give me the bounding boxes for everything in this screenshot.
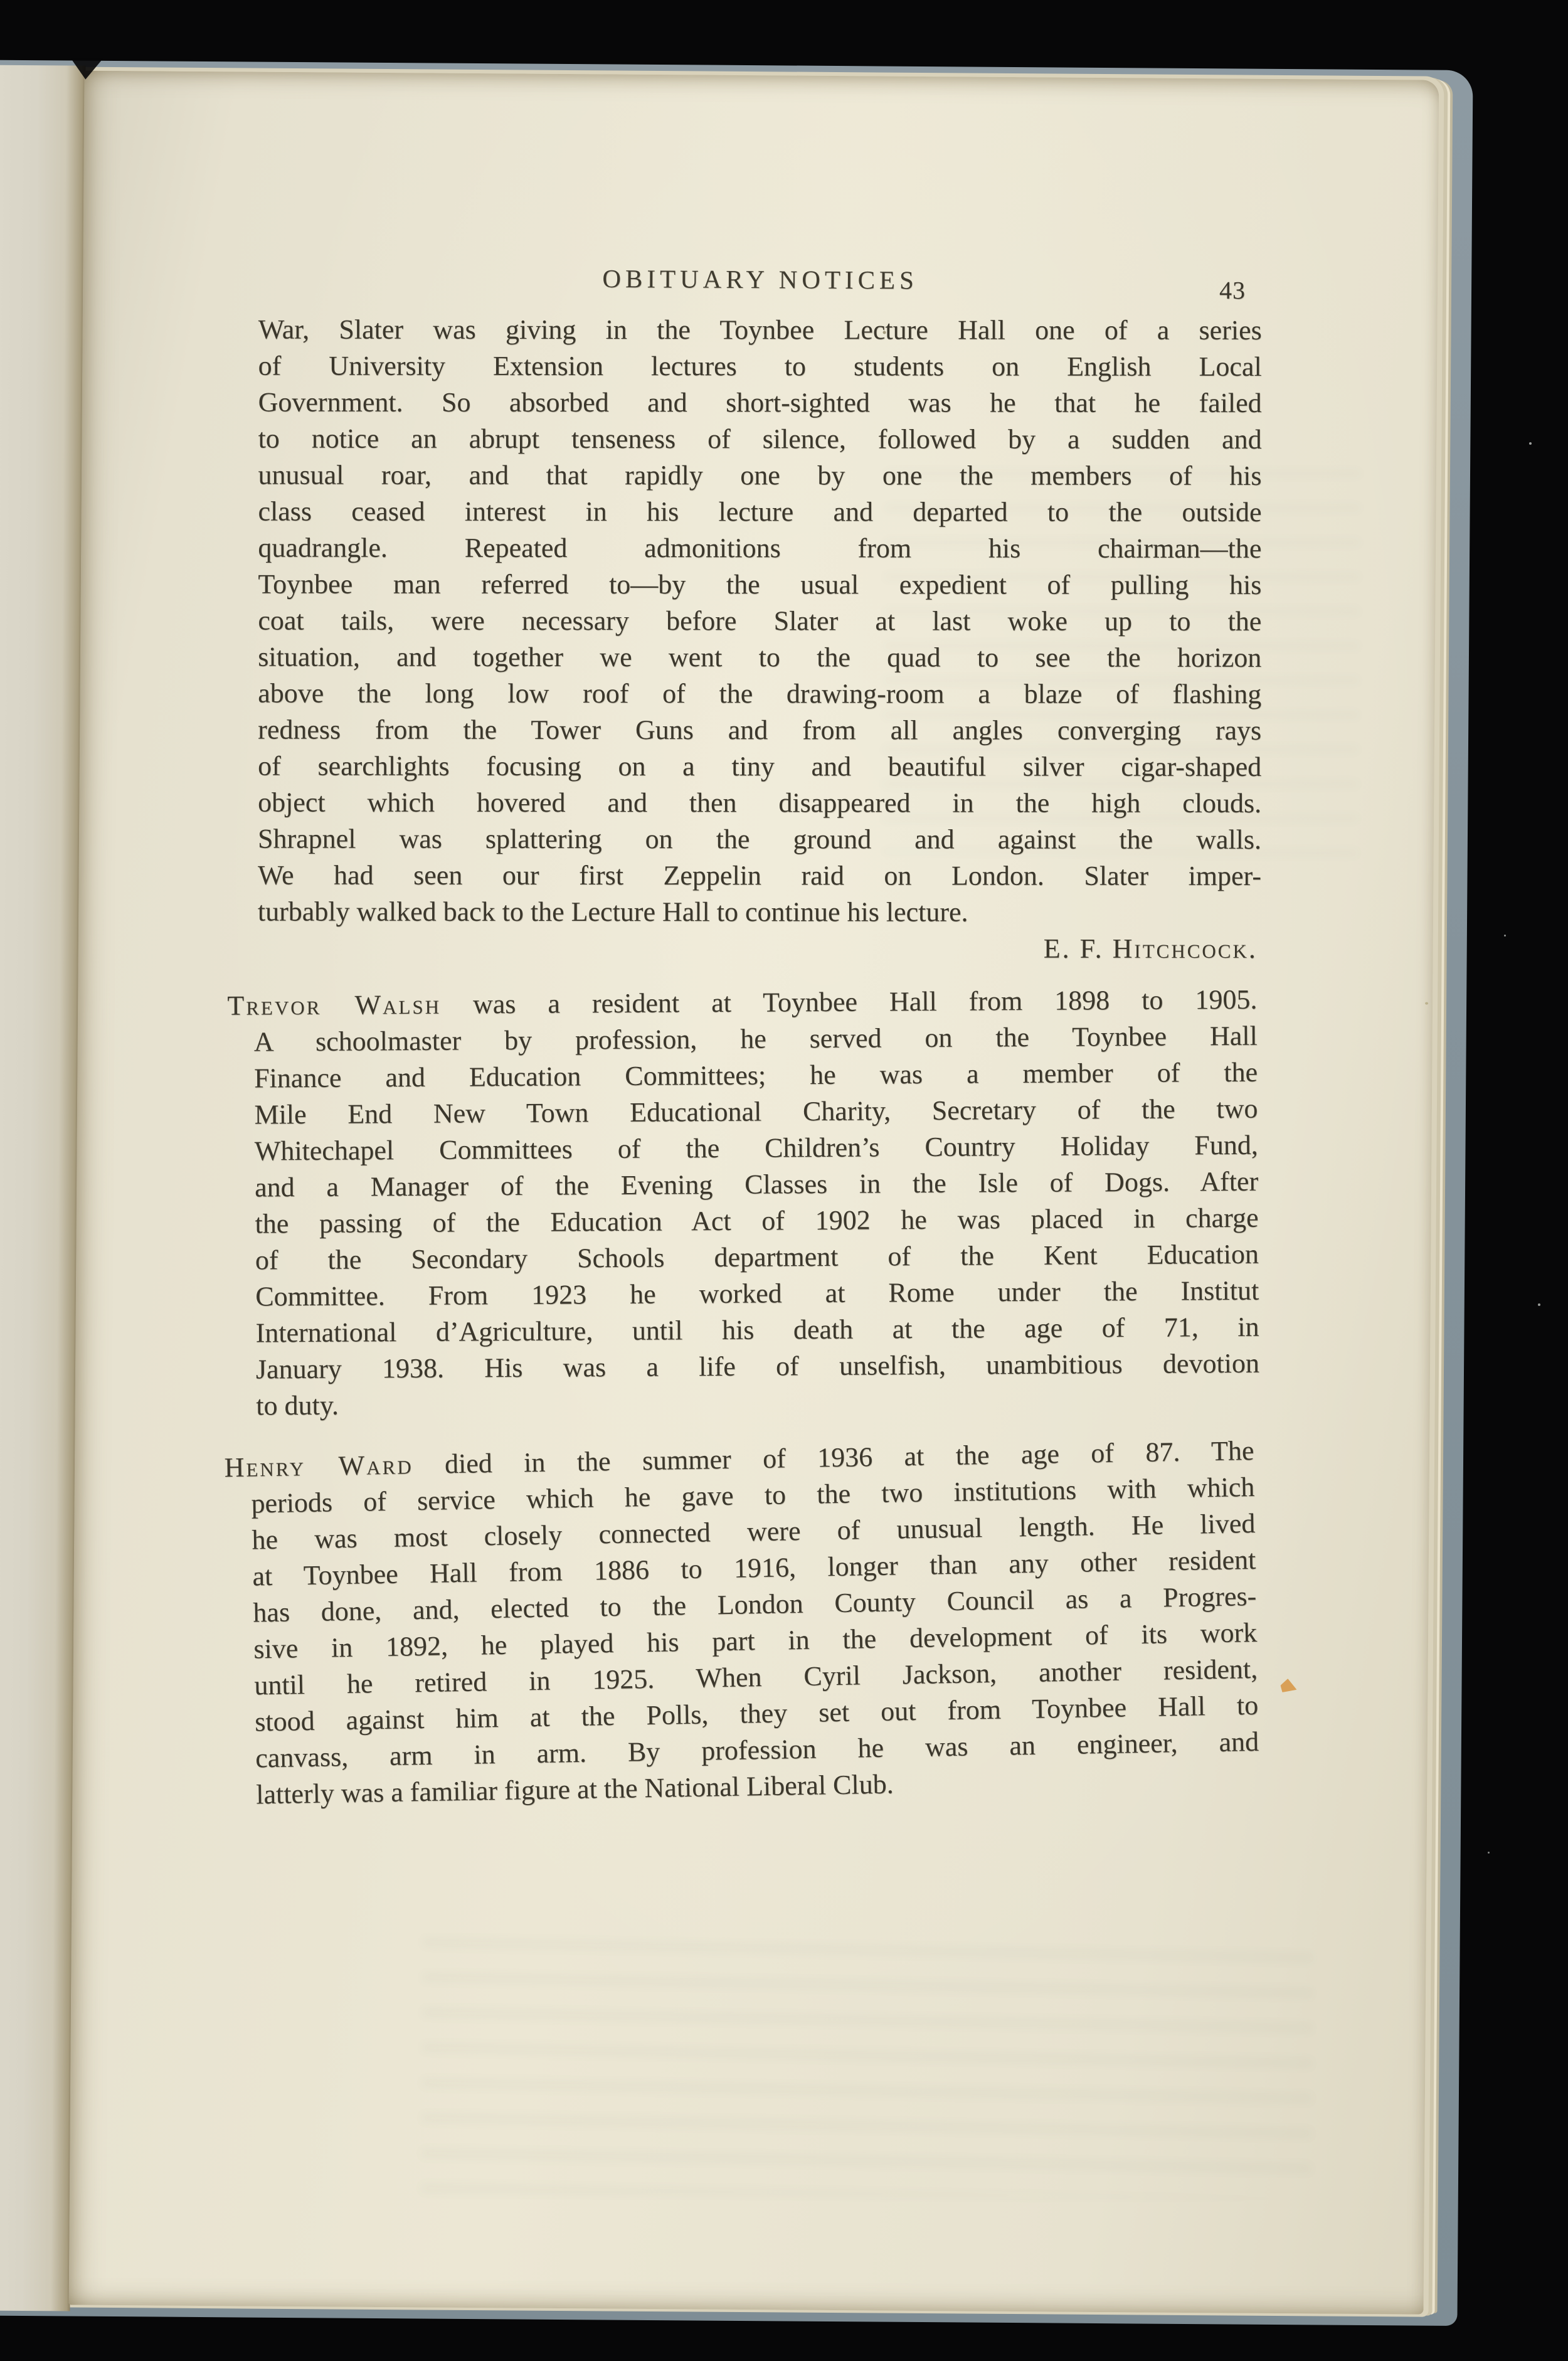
page-text: OBITUARY NOTICES 43 War, Slater was givi… — [248, 258, 1262, 1820]
text-line: Finance and Education Committees; he was… — [254, 1054, 1258, 1097]
paper-fleck — [883, 331, 886, 334]
text-line: situation, and together we went to the q… — [258, 639, 1261, 676]
dust-speck — [1488, 1852, 1490, 1854]
obituary-entry-slater: War, Slater was giving in the Toynbee Le… — [258, 312, 1262, 967]
page-header: OBITUARY NOTICES 43 — [258, 258, 1262, 302]
foxing-spot — [1280, 1679, 1296, 1692]
show-through-ghost — [421, 1923, 1313, 2199]
text-line: A schoolmaster by profession, he served … — [254, 1018, 1258, 1061]
text-line: of University Extension lectures to stud… — [258, 348, 1262, 385]
text-line: object which hovered and then disappeare… — [258, 785, 1261, 822]
text-line: Mile End New Town Educational Charity, S… — [254, 1091, 1258, 1133]
text-line-rest: was a resident at Toynbee Hall from 1898… — [441, 984, 1258, 1020]
text-line: the passing of the Education Act of 1902… — [255, 1200, 1258, 1243]
dust-speck — [1538, 1303, 1540, 1306]
text-line: to duty. — [256, 1382, 1259, 1425]
text-line: turbably walked back to the Lecture Hall… — [258, 894, 1261, 931]
photo-of-book-page: { "document": { "header": { "title": "OB… — [0, 0, 1568, 2361]
text-line: to notice an abrupt tenseness of silence… — [258, 421, 1262, 458]
obituary-entry-walsh: Trevor Walsh was a resident at Toynbee H… — [253, 982, 1259, 1425]
book: OBITUARY NOTICES 43 War, Slater was givi… — [0, 60, 1473, 2326]
text-line: Trevor Walsh was a resident at Toynbee H… — [227, 982, 1257, 1024]
obituary-signature: E. F. Hitchcock. — [258, 930, 1261, 967]
page-title: OBITUARY NOTICES — [258, 258, 1262, 300]
obituary-entry-ward: Henry Ward died in the summer of 1936 at… — [250, 1433, 1259, 1813]
text-line: Shrapnel was splattering on the ground a… — [258, 821, 1261, 858]
text-line: Government. So absorbed and short-sighte… — [258, 385, 1262, 422]
text-line: International d’Agriculture, until his d… — [255, 1309, 1259, 1352]
obituary-name: Trevor Walsh — [227, 989, 441, 1021]
text-line: of searchlights focusing on a tiny and b… — [258, 748, 1261, 785]
text-line: unusual roar, and that rapidly one by on… — [258, 457, 1262, 494]
text-line: We had seen our first Zeppelin raid on L… — [258, 857, 1261, 894]
paper-fleck — [1425, 1002, 1428, 1005]
text-line: coat tails, were necessary before Slater… — [258, 603, 1261, 640]
text-line: class ceased interest in his lecture and… — [258, 494, 1261, 531]
book-page: OBITUARY NOTICES 43 War, Slater was givi… — [69, 71, 1439, 2315]
obituary-name: Henry Ward — [224, 1449, 413, 1483]
text-line: and a Manager of the Evening Classes in … — [255, 1164, 1258, 1206]
text-line: of the Secondary Schools department of t… — [255, 1236, 1259, 1279]
text-line: Toynbee man referred to—by the usual exp… — [258, 566, 1261, 603]
page-number: 43 — [1219, 272, 1246, 309]
gutter-notch — [70, 58, 103, 79]
dust-speck — [1504, 935, 1506, 936]
text-line: redness from the Tower Guns and from all… — [258, 712, 1261, 749]
text-line: above the long low roof of the drawing-r… — [258, 676, 1261, 713]
text-line: Committee. From 1923 he worked at Rome u… — [255, 1273, 1259, 1315]
dust-speck — [1529, 442, 1532, 445]
text-line: Whitechapel Committees of the Children’s… — [255, 1127, 1258, 1170]
text-line: War, Slater was giving in the Toynbee Le… — [258, 312, 1262, 349]
text-line: January 1938. His was a life of unselfis… — [256, 1345, 1259, 1388]
text-line: quadrangle. Repeated admonitions from hi… — [258, 530, 1261, 567]
